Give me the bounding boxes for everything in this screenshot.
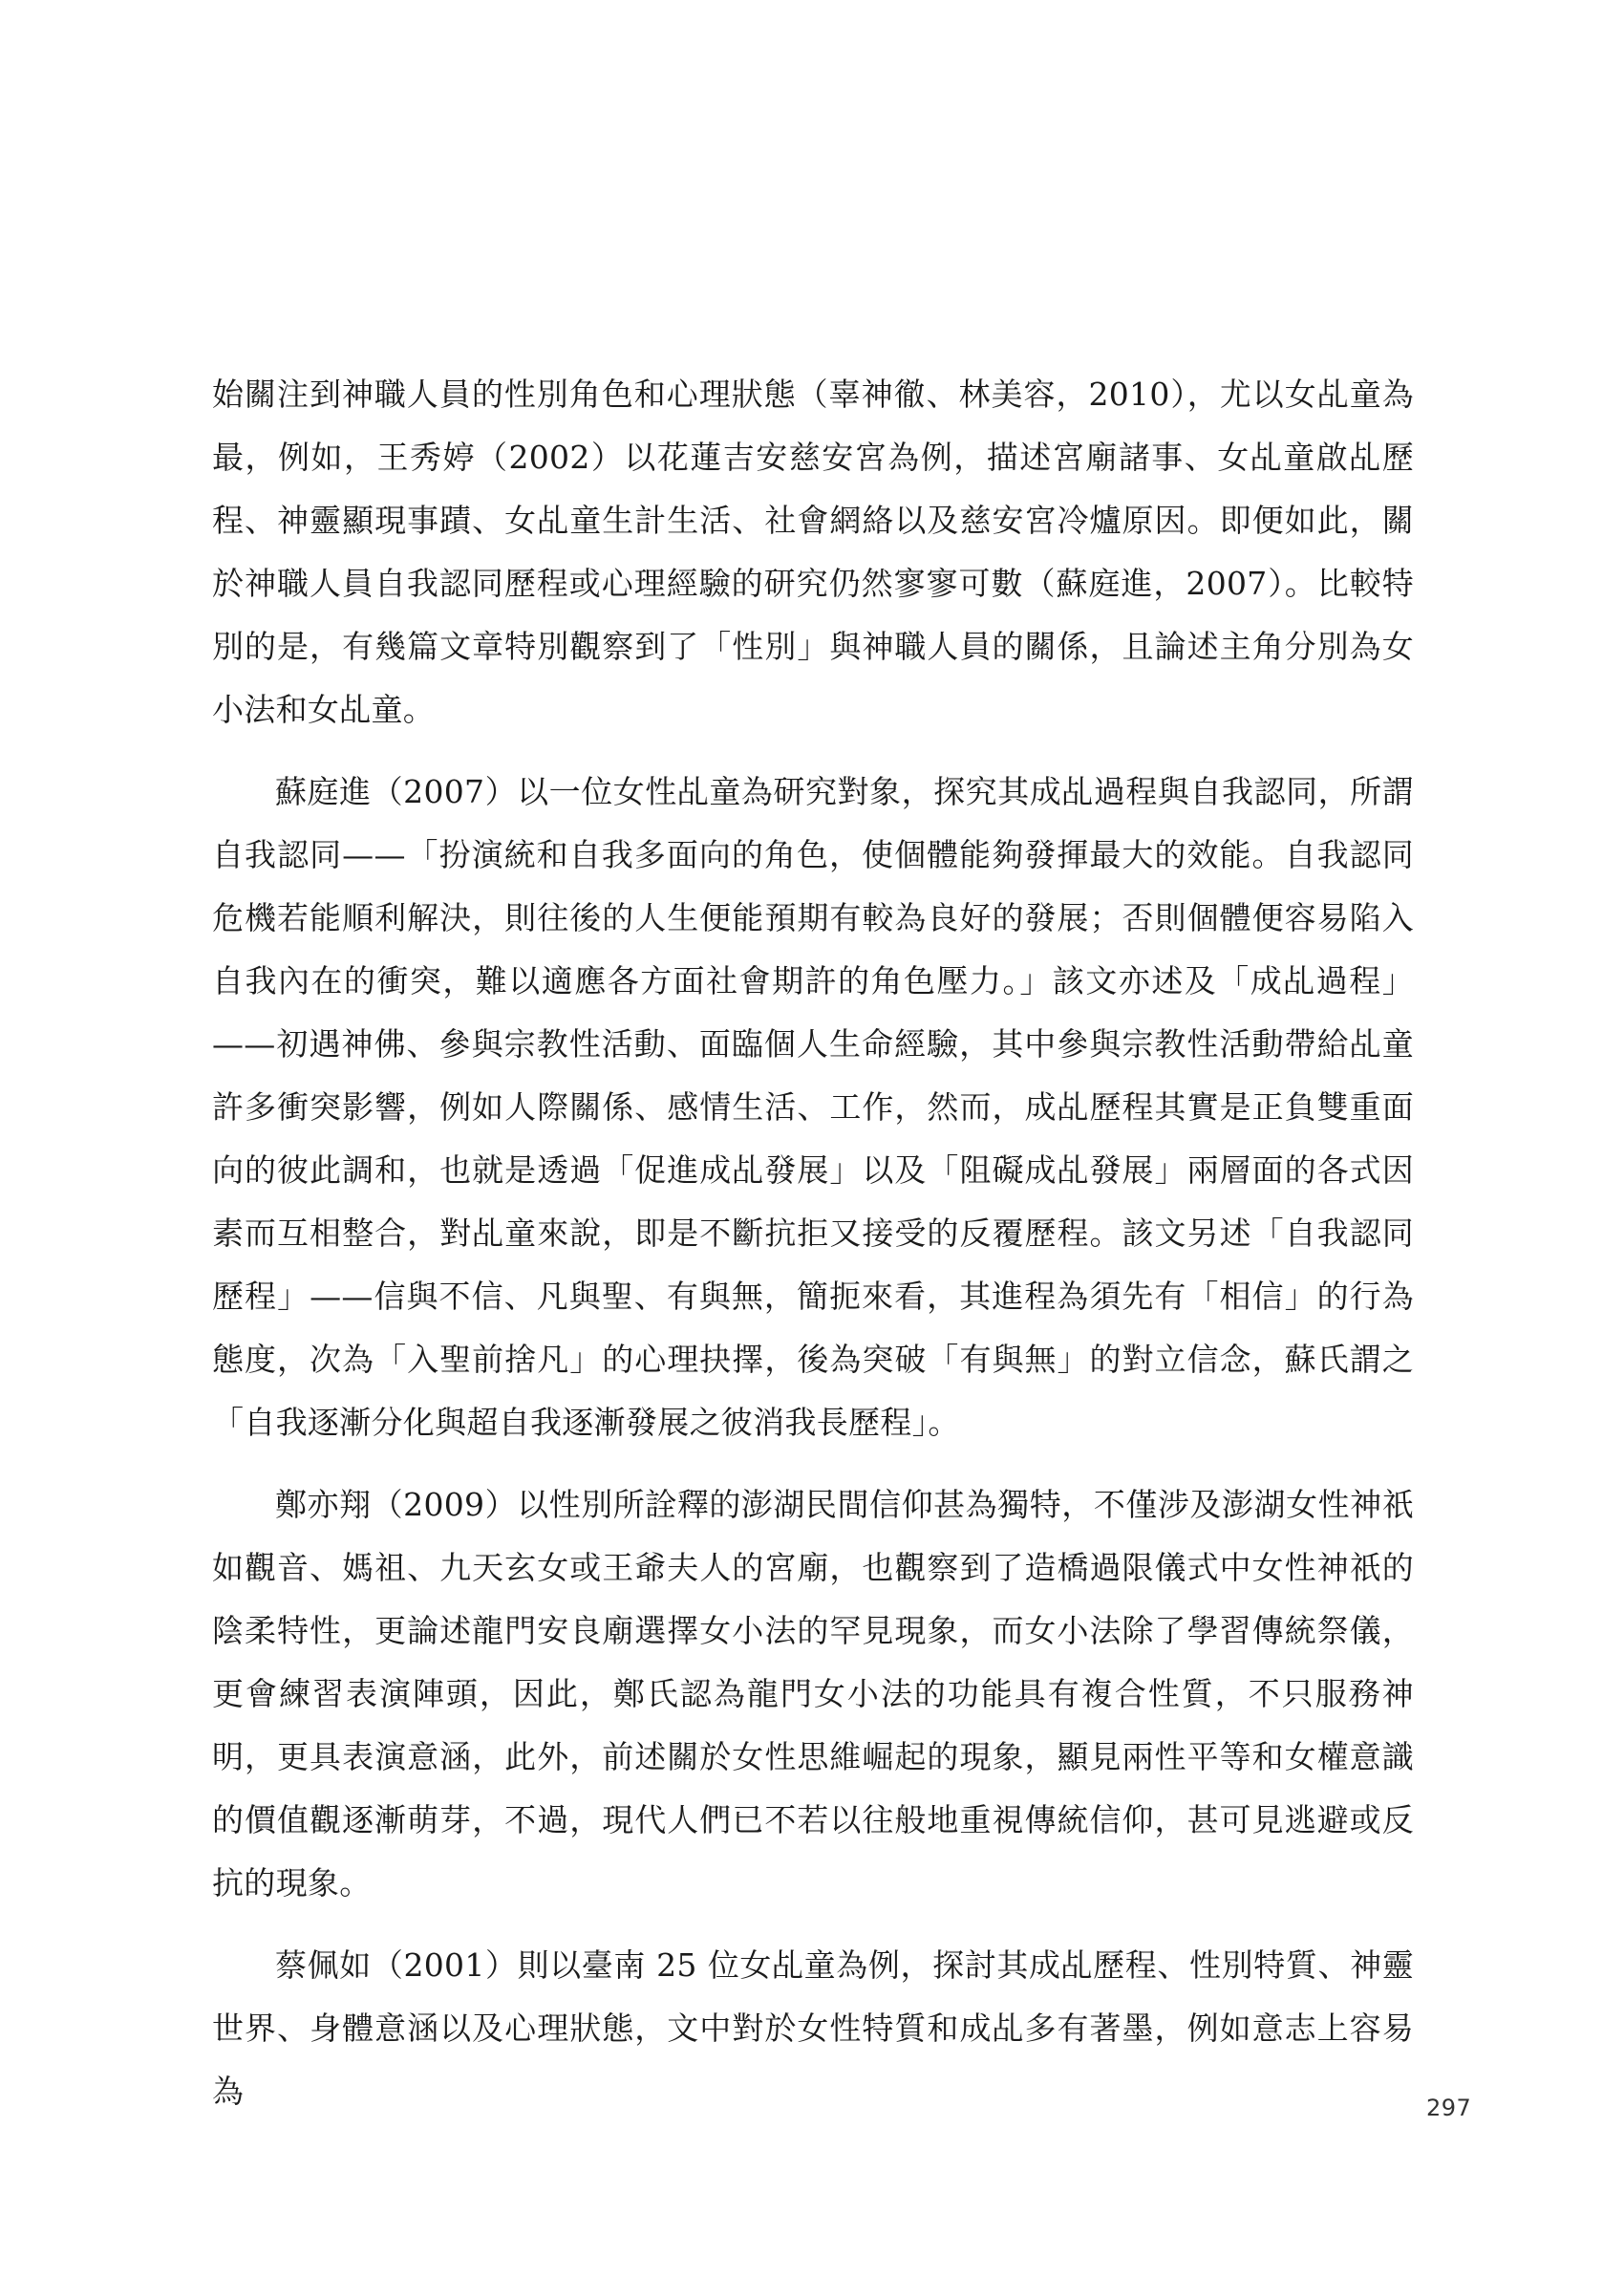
document-body: 始關注到神職人員的性別角色和心理狀態（辜神徹、林美容，2010），尤以女乩童為最… <box>212 363 1414 2123</box>
paragraph-zheng-yixiang: 鄭亦翔（2009）以性別所詮釋的澎湖民間信仰甚為獨特，不僅涉及澎湖女性神祇如觀音… <box>212 1473 1414 1915</box>
paragraph-cai-peiru: 蔡佩如（2001）則以臺南 25 位女乩童為例，探討其成乩歷程、性別特質、神靈世… <box>212 1934 1414 2123</box>
page-number: 297 <box>1426 2095 1471 2121</box>
paragraph-su-tingjin: 蘇庭進（2007）以一位女性乩童為研究對象，探究其成乩過程與自我認同，所謂自我認… <box>212 761 1414 1454</box>
paragraph-continuation: 始關注到神職人員的性別角色和心理狀態（辜神徹、林美容，2010），尤以女乩童為最… <box>212 363 1414 741</box>
